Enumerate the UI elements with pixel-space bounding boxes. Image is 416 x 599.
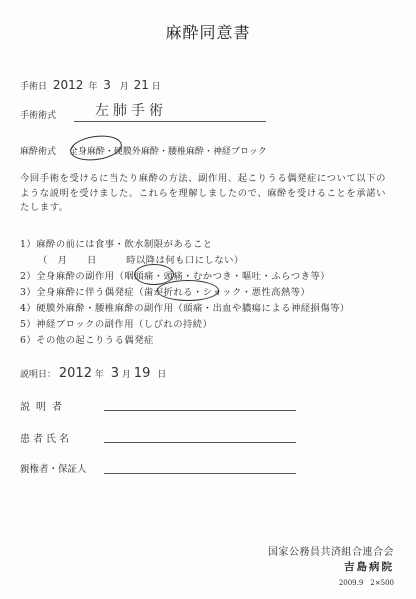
explanation-date-day: 19 xyxy=(134,366,151,381)
item-text: 麻酔の前には食事・飲水制限があること xyxy=(36,239,212,250)
consent-paragraph: 今回手術を受けるに当たり麻酔の方法、副作用、起こりうる偶発症について以下のような… xyxy=(20,172,390,216)
signature-label-patient: 患者氏名 xyxy=(20,430,72,445)
item-number: 3） xyxy=(20,287,36,298)
item-text: その他の起こりうる偶発症 xyxy=(36,335,154,346)
year-unit: 年 xyxy=(88,82,97,92)
signature-line-patient[interactable] xyxy=(104,442,296,443)
anesthesia-method-row: 麻酔術式 全身麻酔・硬膜外麻酔・腰椎麻酔・神経ブロック xyxy=(20,144,267,157)
anesthesia-method-label: 麻酔術式 xyxy=(20,147,56,157)
item-4: 4）硬膜外麻酔・腰椎麻酔の副作用（頭痛・出血や膿瘍による神経損傷等） xyxy=(20,300,350,314)
document-title: 麻酔同意書 xyxy=(0,20,416,43)
signature-line-guardian[interactable] xyxy=(104,473,296,474)
item-text: （ 月 日 時以降は何も口にしない） xyxy=(38,255,244,266)
month-unit: 月 xyxy=(122,370,131,380)
signature-label-guardian: 親権者・保証人 xyxy=(20,461,87,475)
explanation-date-year: 2012 xyxy=(59,366,92,381)
surgery-date-row: 手術日 2012 年 3 月 21 日 xyxy=(20,78,161,92)
procedure-underline xyxy=(74,121,266,122)
item-text: 神経ブロックの副作用（しびれの持続） xyxy=(36,319,212,330)
consent-form-page: 麻酔同意書 手術日 2012 年 3 月 21 日 手術術式 左肺手術 麻酔術式… xyxy=(0,0,416,599)
day-unit: 日 xyxy=(157,370,166,380)
surgery-date-day: 21 xyxy=(134,78,149,92)
month-unit: 月 xyxy=(120,82,129,92)
footer-organization: 国家公務員共済組合連合会 xyxy=(268,543,394,558)
footer-form-code: 2009.9 2×500 xyxy=(339,578,394,588)
item-1-detail: （ 月 日 時以降は何も口にしない） xyxy=(38,252,244,266)
item-5: 5）神経ブロックの副作用（しびれの持続） xyxy=(20,316,212,330)
circle-mark-broken-tooth xyxy=(157,280,219,301)
signature-label-explainer: 説明者 xyxy=(20,398,68,413)
item-number: 1） xyxy=(20,239,36,250)
item-text: 硬膜外麻酔・腰椎麻酔の副作用（頭痛・出血や膿瘍による神経損傷等） xyxy=(36,303,350,314)
signature-line-explainer[interactable] xyxy=(104,410,296,411)
option-nerve-block[interactable]: 神経ブロック xyxy=(213,147,267,157)
option-spinal[interactable]: 腰椎麻酔 xyxy=(168,147,204,157)
procedure-label: 手術術式 xyxy=(20,111,56,121)
explanation-date-label: 説明日： xyxy=(20,370,56,380)
item-number: 2） xyxy=(20,271,36,282)
procedure-value[interactable]: 左肺手術 xyxy=(95,100,167,120)
surgery-date-label: 手術日 xyxy=(20,82,47,92)
selected-circle-mark xyxy=(69,132,124,163)
explanation-date-row: 説明日： 2012 年 3 月 19 日 xyxy=(20,366,166,381)
surgery-date-month: 3 xyxy=(103,78,111,92)
item-1: 1）麻酔の前には食事・飲水制限があること xyxy=(20,236,213,250)
explanation-date-month: 3 xyxy=(111,366,119,381)
item-6: 6）その他の起こりうる偶発症 xyxy=(20,332,154,346)
item-number: 5） xyxy=(20,319,36,330)
separator: ・ xyxy=(159,147,168,157)
separator: ・ xyxy=(204,147,213,157)
year-unit: 年 xyxy=(95,370,104,380)
day-unit: 日 xyxy=(152,82,161,92)
item-number: 6） xyxy=(20,335,36,346)
surgery-date-year: 2012 xyxy=(53,78,84,92)
item-number: 4） xyxy=(20,303,36,314)
procedure-row: 手術術式 xyxy=(20,108,56,121)
footer-hospital: 吉島病院 xyxy=(344,559,394,574)
